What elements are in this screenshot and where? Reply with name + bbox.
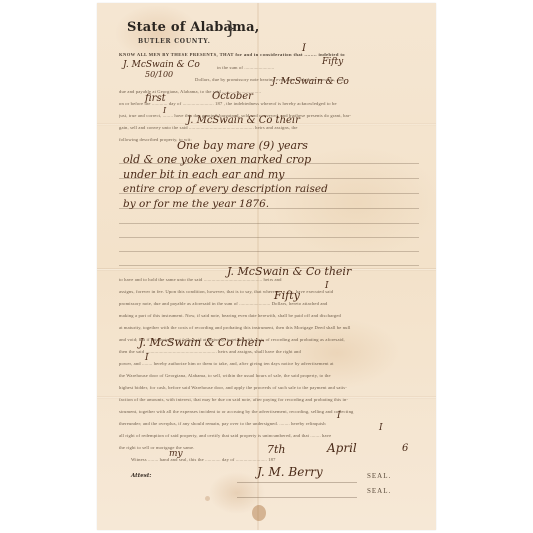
handwritten-due-month: October (212, 91, 253, 102)
signature-line (237, 482, 357, 483)
handwritten-power-grantee: J. McSwain & Co their (139, 336, 263, 349)
printed-line: at maturity, together with the costs of … (119, 325, 424, 330)
signature: J. M. Berry (257, 465, 323, 479)
signature-line (237, 497, 357, 498)
handwritten-due-day: first (145, 93, 166, 104)
property-line: One bay mare (9) years (177, 139, 308, 152)
handwritten-witness: my (169, 449, 183, 459)
handwritten-executed-by: I (325, 281, 329, 291)
printed-line: KNOW ALL MEN BY THESE PRESENTS, THAT for… (119, 52, 424, 57)
ink-stain (205, 496, 210, 501)
printed-line: power, and ........ hereby authorize him… (119, 361, 424, 366)
handwritten-date-year: 6 (402, 443, 408, 454)
printed-line: highest bidder, for cash, before said Wa… (119, 385, 424, 390)
handwritten-creditor: J. McSwain & Co (123, 60, 200, 70)
seal-label-1: SEAL. (367, 472, 391, 480)
handwritten-debtor: I (302, 43, 306, 54)
printed-line: faction of the amounts, with interest, t… (119, 397, 424, 402)
printed-line: all right of redemption of said property… (119, 433, 424, 438)
handwritten-habendum-grantee: J. McSwain & Co their (227, 265, 351, 278)
printed-line: making a part of this instrument. Now, i… (119, 313, 424, 318)
property-line: by or for me the year 1876. (123, 198, 269, 210)
ink-stain (252, 505, 266, 521)
handwritten-certify-by: I (379, 423, 383, 433)
handwritten-creditor-2: J. McSwain & Co (272, 77, 349, 87)
property-line: entire crop of every description raised (123, 183, 328, 195)
handwritten-grantor: I (163, 106, 166, 115)
ruled-line (119, 251, 419, 252)
county-name: BUTLER COUNTY. (138, 38, 211, 45)
title-brace: } (225, 18, 236, 39)
printed-line: in the sum of ....................... (217, 65, 317, 70)
handwritten-relinquish-by: I (337, 411, 341, 421)
handwritten-grantee: J. McSwain & Co their (187, 115, 300, 126)
attest-label: Attest: (131, 473, 151, 479)
document-title: State of Alabama, (127, 20, 259, 35)
ruled-line (119, 223, 419, 224)
ruled-line (119, 237, 419, 238)
handwritten-date-month: April (327, 441, 357, 455)
handwritten-power-grantor: I (145, 353, 149, 363)
seal-label-2: SEAL. (367, 487, 391, 495)
handwritten-sum-words: Fifty (322, 57, 343, 67)
printed-line: promissory note, due and payable as afor… (119, 301, 424, 306)
printed-line: assigns, forever in fee. Upon this condi… (119, 289, 424, 294)
property-line: old & one yoke oxen marked crop (123, 153, 311, 166)
printed-line: the Warehouse door of Georgiana, Alabama… (119, 373, 424, 378)
handwritten-sum-words-2: Fifty (274, 289, 300, 302)
handwritten-cents: 50/100 (145, 70, 173, 79)
property-line: under bit in each ear and my (123, 168, 285, 181)
printed-line: then the said ..........................… (119, 349, 424, 354)
printed-line: strument, together with all the expenses… (119, 409, 424, 414)
handwritten-date-day: 7th (267, 443, 286, 456)
mortgage-document: State of Alabama, } BUTLER COUNTY. KNOW … (97, 3, 436, 530)
